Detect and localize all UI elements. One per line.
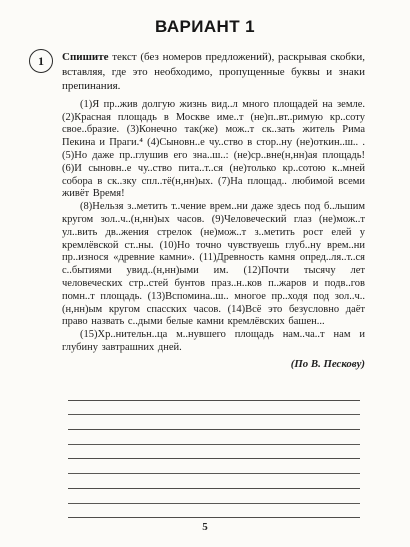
answer-line <box>68 445 360 460</box>
text-paragraph-2: (8)Нельзя з..метить т..чение врем..ни да… <box>62 201 365 329</box>
page-number: 5 <box>0 521 410 533</box>
task-number: 1 <box>38 54 44 69</box>
answer-line <box>68 430 360 445</box>
answer-line <box>68 504 360 519</box>
answer-line <box>68 489 360 504</box>
text-paragraph-1: (1)Я пр..жив долгую жизнь вид..л много п… <box>62 99 365 201</box>
worksheet-page: ВАРИАНТ 1 1 Спишите текст (без номеров п… <box>0 0 410 547</box>
text-paragraph-3: (15)Хр..нительн..ца м..нувшего площадь н… <box>62 329 365 355</box>
answer-lines <box>68 386 360 518</box>
exercise-content: Спишите текст (без номеров предложений),… <box>0 50 410 370</box>
answer-line <box>68 401 360 416</box>
task-number-badge: 1 <box>29 49 53 73</box>
task-instruction: Спишите текст (без номеров предложений),… <box>62 50 365 94</box>
exercise-text: (1)Я пр..жив долгую жизнь вид..л много п… <box>62 99 365 355</box>
answer-line <box>68 415 360 430</box>
answer-line <box>68 386 360 401</box>
answer-line <box>68 474 360 489</box>
text-attribution: (По В. Пескову) <box>62 358 365 370</box>
instruction-lead: Спишите <box>62 51 109 63</box>
page-title: ВАРИАНТ 1 <box>0 0 410 37</box>
answer-line <box>68 459 360 474</box>
